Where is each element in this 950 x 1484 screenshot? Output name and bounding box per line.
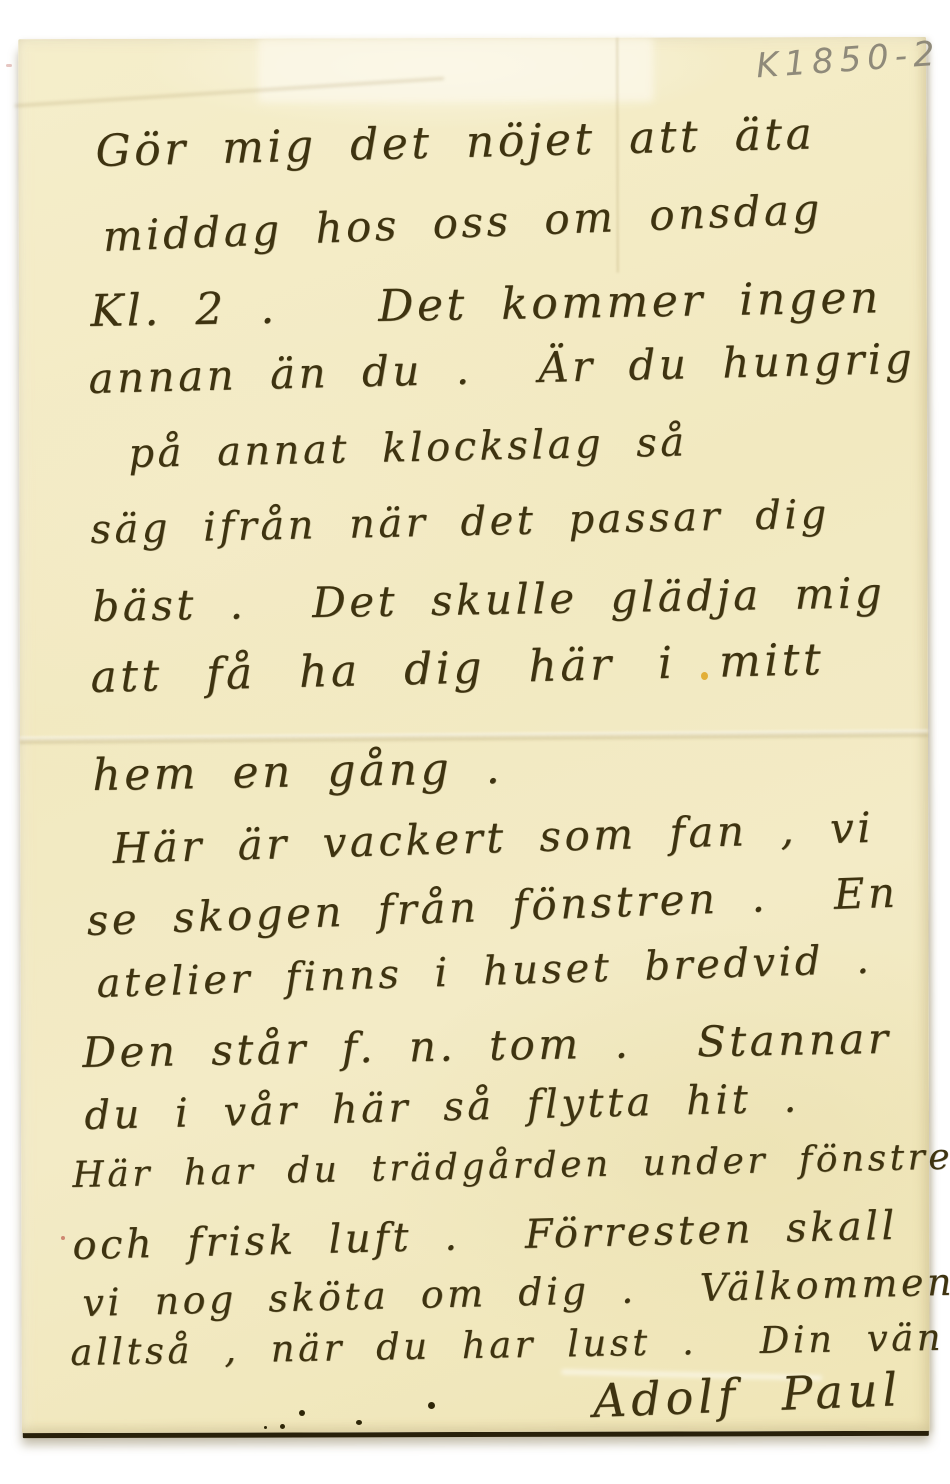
ink-blot bbox=[264, 1426, 267, 1429]
signature: Adolf Paul bbox=[592, 1366, 903, 1424]
ink-blot bbox=[299, 1410, 305, 1416]
red-speck bbox=[6, 64, 12, 67]
letter-scan: K1850-2 Gör mig det nöjet att äta middag… bbox=[0, 0, 950, 1484]
handwriting-line-5: på annat klockslag så bbox=[128, 422, 688, 474]
ink-blot bbox=[280, 1424, 285, 1429]
ink-blot bbox=[356, 1420, 362, 1425]
tape-remnant bbox=[258, 38, 653, 103]
handwriting-line-9: hem en gång . bbox=[92, 747, 504, 798]
red-speck bbox=[61, 1236, 65, 1240]
ink-blot bbox=[428, 1402, 435, 1409]
paper-stain bbox=[701, 672, 708, 680]
